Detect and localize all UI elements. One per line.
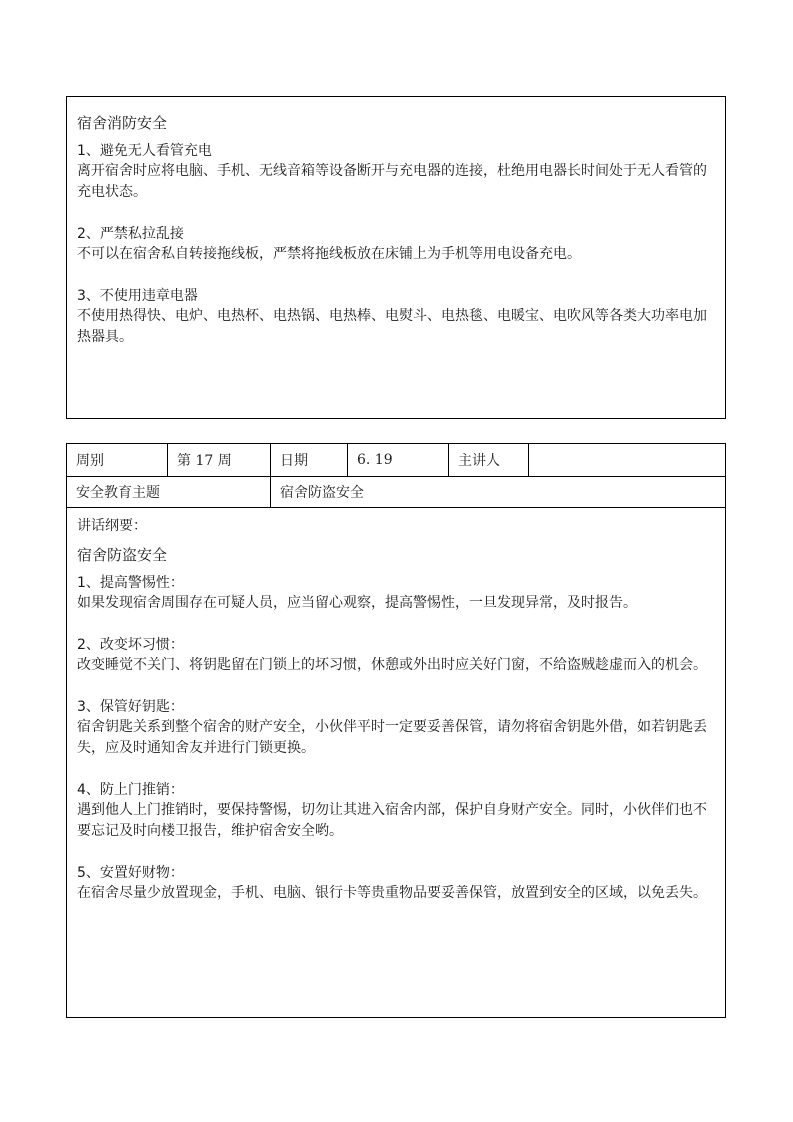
item-heading: 2、严禁私拉乱接 <box>77 224 715 244</box>
topic-row: 安全教育主题 宿舍防盗安全 <box>67 477 725 508</box>
outline-item: 4、防上门推销： 遇到他人上门推销时，要保持警惕，切勿让其进入宿舍内部，保护自身… <box>77 780 715 842</box>
outline-title: 宿舍防盗安全 <box>77 545 715 565</box>
item-body: 不使用热得快、电炉、电热杯、电热锅、电热棒、电熨斗、电热毯、电暖宝、电吹风等各类… <box>77 306 715 348</box>
date-label: 日期 <box>271 444 348 476</box>
outline-item: 1、提高警惕性： 如果发现宿舍周围存在可疑人员，应当留心观察，提高警惕性，一旦发… <box>77 573 715 614</box>
fire-safety-item: 1、避免无人看管充电 离开宿舍时应将电脑、手机、无线音箱等设备断开与充电器的连接… <box>77 141 715 203</box>
speech-outline: 讲话纲要： 宿舍防盗安全 1、提高警惕性： 如果发现宿舍周围存在可疑人员，应当留… <box>67 508 725 1017</box>
outline-item: 5、安置好财物： 在宿舍尽量少放置现金，手机、电脑、银行卡等贵重物品要妥善保管，… <box>77 863 715 904</box>
item-body: 在宿舍尽量少放置现金，手机、电脑、银行卡等贵重物品要妥善保管，放置到安全的区域，… <box>77 883 715 904</box>
outline-label: 讲话纲要： <box>77 516 715 536</box>
item-heading: 1、提高警惕性： <box>77 573 715 593</box>
item-body: 改变睡觉不关门、将钥匙留在门锁上的坏习惯，休憩或外出时应关好门窗，不给盗贼趁虚而… <box>77 655 715 676</box>
fire-safety-title: 宿舍消防安全 <box>77 113 715 133</box>
item-body: 离开宿舍时应将电脑、手机、无线音箱等设备断开与充电器的连接，杜绝用电器长时间处于… <box>77 161 715 203</box>
item-heading: 1、避免无人看管充电 <box>77 141 715 161</box>
item-body: 宿舍钥匙关系到整个宿舍的财产安全，小伙伴平时一定要妥善保管，请勿将宿舍钥匙外借，… <box>77 717 715 759</box>
topic-value: 宿舍防盗安全 <box>271 477 725 507</box>
topic-label: 安全教育主题 <box>67 477 271 507</box>
fire-safety-item: 2、严禁私拉乱接 不可以在宿舍私自转接拖线板，严禁将拖线板放在床铺上为手机等用电… <box>77 224 715 265</box>
outline-item: 2、改变坏习惯： 改变睡觉不关门、将钥匙留在门锁上的坏习惯，休憩或外出时应关好门… <box>77 635 715 676</box>
week-value: 第 17 周 <box>168 444 271 476</box>
speaker-label: 主讲人 <box>449 444 529 476</box>
speaker-value <box>529 444 725 476</box>
item-body: 不可以在宿舍私自转接拖线板，严禁将拖线板放在床铺上为手机等用电设备充电。 <box>77 244 715 265</box>
week-label: 周别 <box>67 444 168 476</box>
outline-item: 3、保管好钥匙： 宿舍钥匙关系到整个宿舍的财产安全，小伙伴平时一定要妥善保管，请… <box>77 697 715 759</box>
item-body: 如果发现宿舍周围存在可疑人员，应当留心观察，提高警惕性，一旦发现异常，及时报告。 <box>77 593 715 614</box>
item-heading: 2、改变坏习惯： <box>77 635 715 655</box>
fire-safety-box: 宿舍消防安全 1、避免无人看管充电 离开宿舍时应将电脑、手机、无线音箱等设备断开… <box>66 96 726 419</box>
item-heading: 3、不使用违章电器 <box>77 286 715 306</box>
item-heading: 3、保管好钥匙： <box>77 697 715 717</box>
item-heading: 4、防上门推销： <box>77 780 715 800</box>
item-body: 遇到他人上门推销时，要保持警惕，切勿让其进入宿舍内部，保护自身财产安全。同时，小… <box>77 800 715 842</box>
info-row: 周别 第 17 周 日期 6. 19 主讲人 <box>67 444 725 477</box>
item-heading: 5、安置好财物： <box>77 863 715 883</box>
lesson-table: 周别 第 17 周 日期 6. 19 主讲人 安全教育主题 宿舍防盗安全 讲话纲… <box>66 443 726 1018</box>
fire-safety-item: 3、不使用违章电器 不使用热得快、电炉、电热杯、电热锅、电热棒、电熨斗、电热毯、… <box>77 286 715 348</box>
date-value: 6. 19 <box>348 444 449 476</box>
